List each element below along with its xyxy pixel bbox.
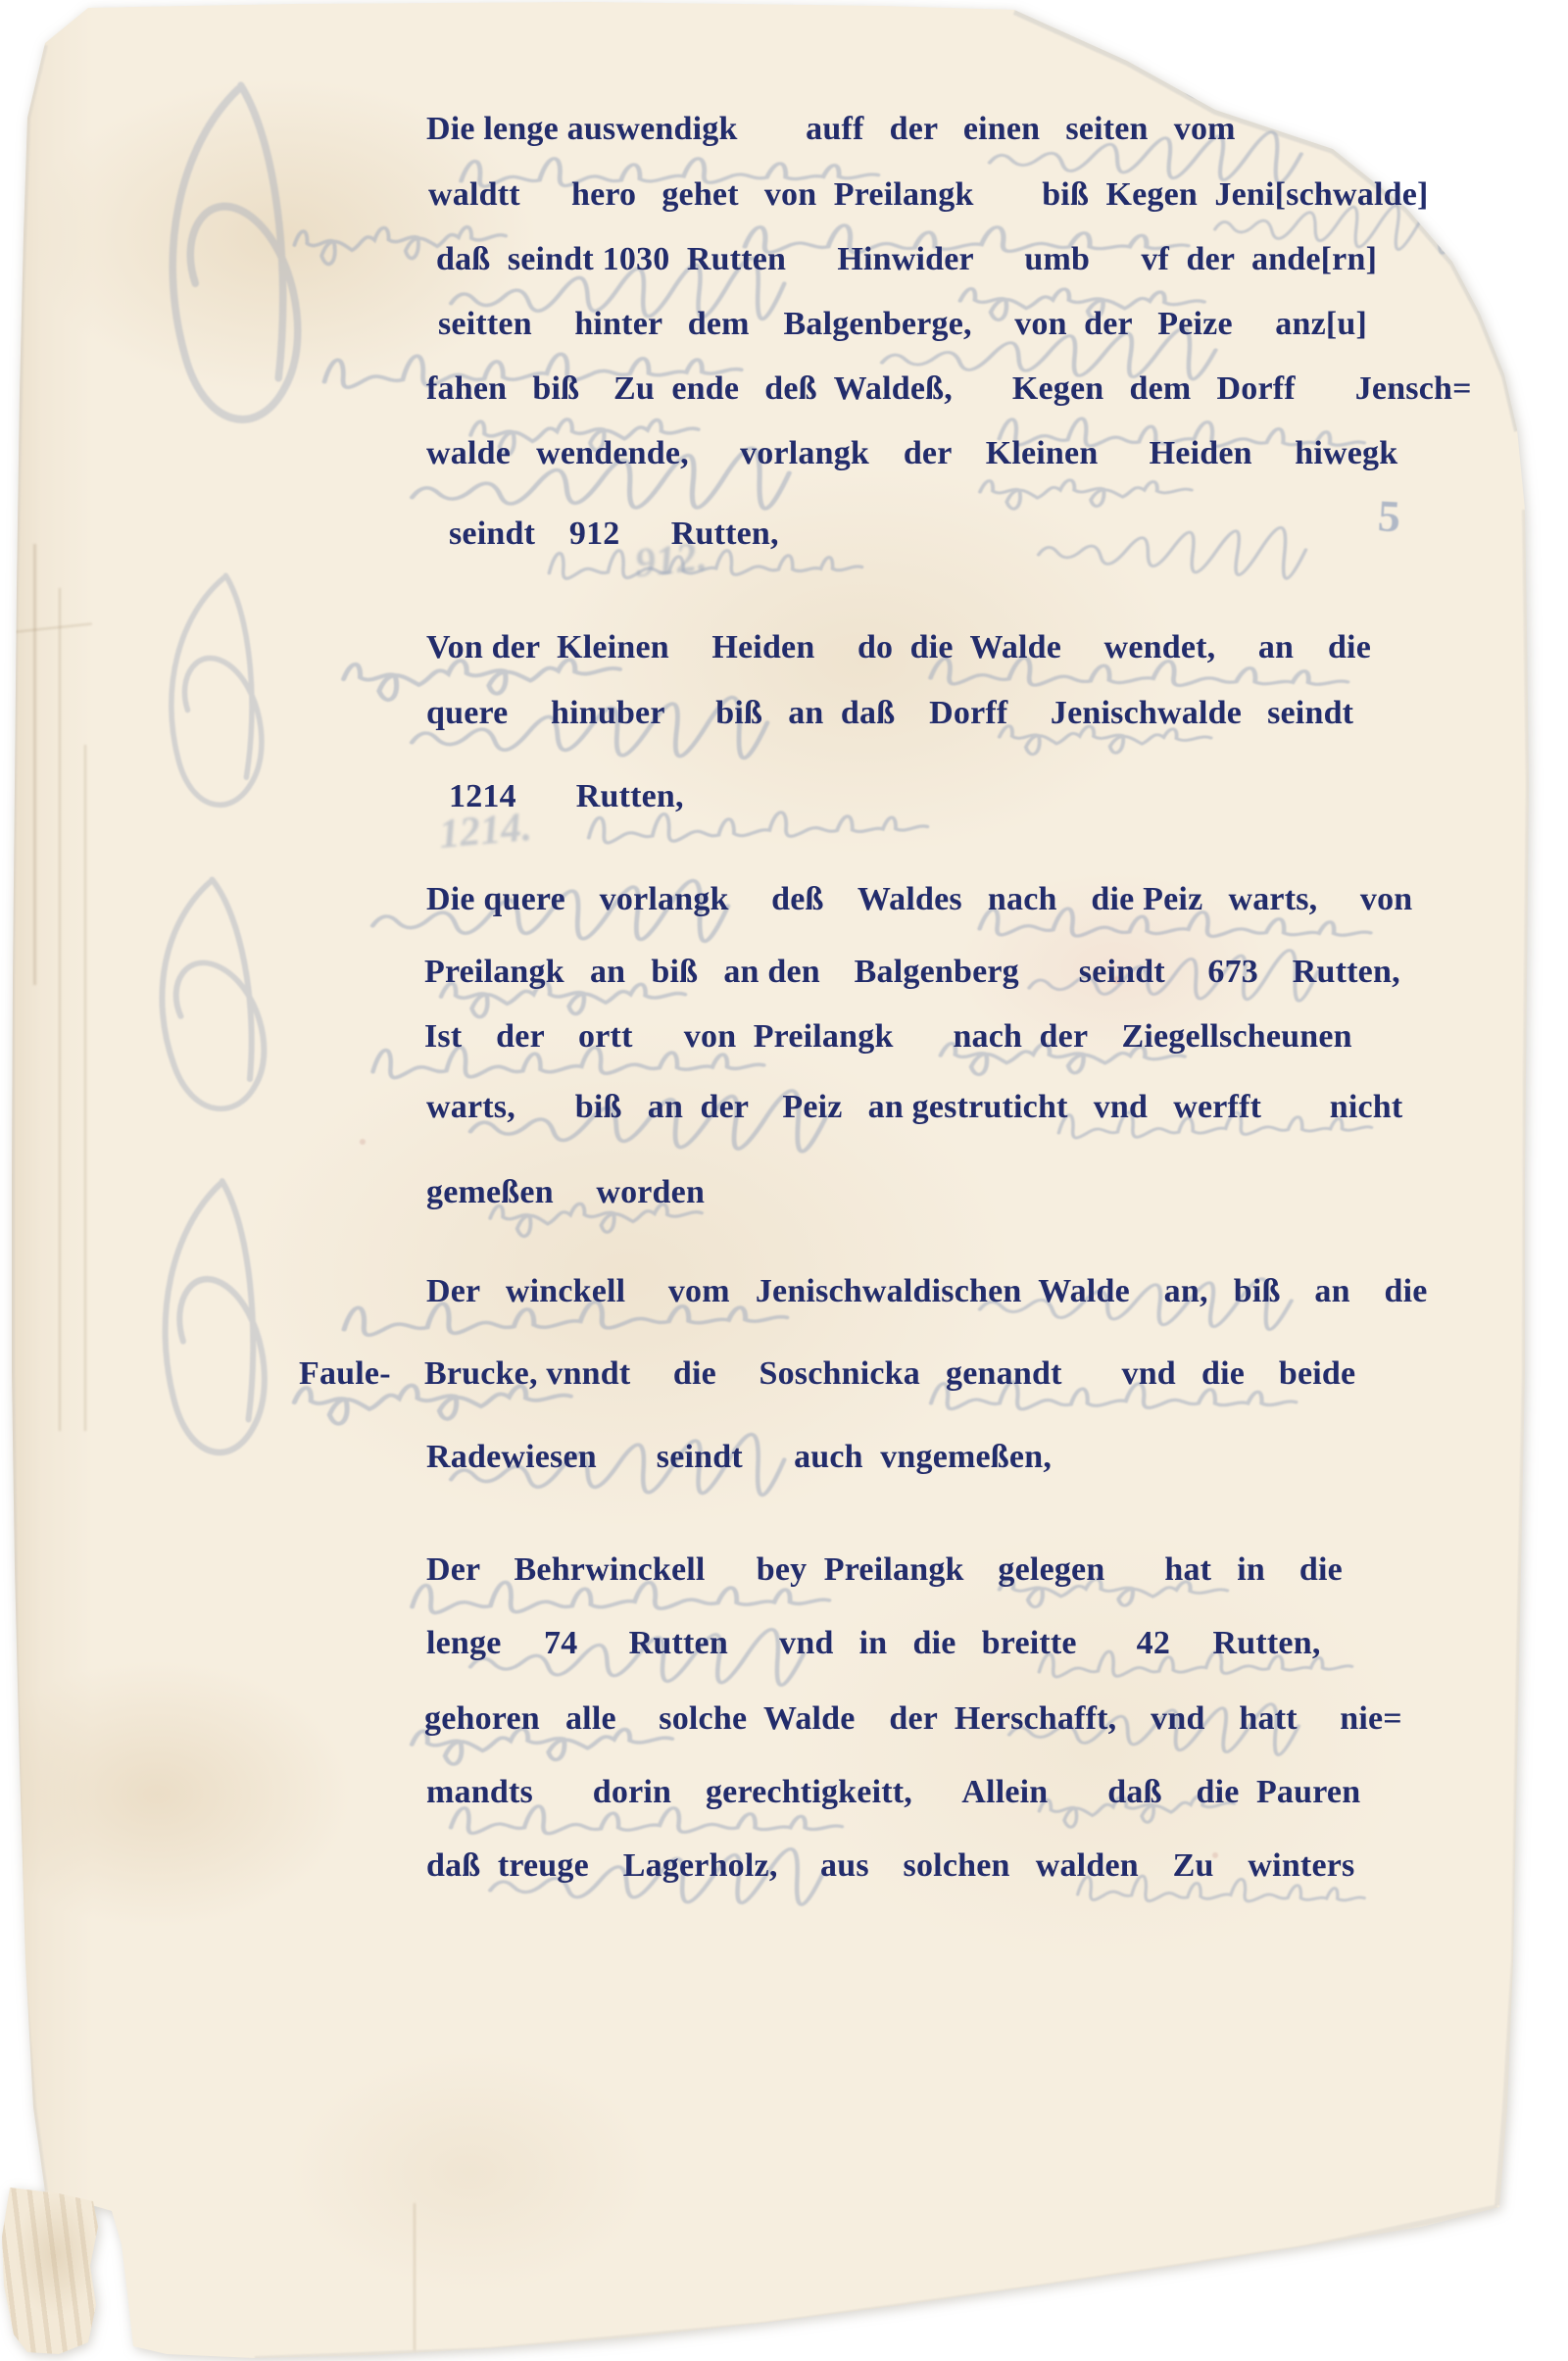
transcription-line: lenge 74 Rutten vnd in die breitte 42 Ru… bbox=[426, 1624, 1321, 1663]
transcription-line: Brucke, vnndt die Soschnicka genandt vnd… bbox=[424, 1354, 1355, 1394]
transcription-line: Von der Kleinen Heiden do die Walde wend… bbox=[426, 628, 1371, 667]
transcription-line: walde wendende, vorlangk der Kleinen Hei… bbox=[426, 434, 1397, 473]
transcription-line: seitten hinter dem Balgenberge, von der … bbox=[438, 305, 1367, 344]
transcription-line: waldtt hero gehet von Preilangk biß Kege… bbox=[428, 175, 1429, 215]
transcription-line: Der Behrwinckell bey Preilangk gelegen h… bbox=[426, 1550, 1343, 1590]
transcription-line: Die lenge auswendigk auff der einen seit… bbox=[426, 110, 1236, 149]
transcription-line: daß treuge Lagerholz, aus solchen walden… bbox=[426, 1846, 1354, 1886]
faded-page-number: 5 bbox=[1377, 489, 1402, 542]
transcription-line: mandts dorin gerechtigkeitt, Allein daß … bbox=[426, 1773, 1360, 1812]
transcription-line: quere hinuber biß an daß Dorff Jenischwa… bbox=[426, 694, 1353, 733]
manuscript-scan: Die lenge auswendigk auff der einen seit… bbox=[0, 0, 1568, 2361]
transcription-line: Preilangk an biß an den Balgenberg seind… bbox=[424, 953, 1400, 992]
transcription-line: warts, biß an der Peiz an gestruticht vn… bbox=[426, 1088, 1402, 1127]
margin-note: Faule- bbox=[299, 1354, 391, 1394]
transcription-line: daß seindt 1030 Rutten Hinwider umb vf d… bbox=[436, 240, 1377, 279]
faded-handwritten-1214: 1214. bbox=[437, 804, 533, 859]
transcription-layer: Die lenge auswendigk auff der einen seit… bbox=[0, 0, 1568, 2361]
transcription-line: gehoren alle solche Walde der Herschafft… bbox=[424, 1699, 1402, 1739]
transcription-line: fahen biß Zu ende deß Waldeß, Kegen dem … bbox=[426, 369, 1472, 409]
transcription-line: Ist der ortt von Preilangk nach der Zieg… bbox=[424, 1017, 1352, 1057]
transcription-line: Der winckell vom Jenischwaldischen Walde… bbox=[426, 1272, 1428, 1311]
faded-handwritten-912: 912. bbox=[633, 533, 710, 587]
transcription-line: Die quere vorlangk deß Waldes nach die P… bbox=[426, 880, 1412, 919]
transcription-line: seindt 912 Rutten, bbox=[449, 515, 779, 554]
transcription-line: gemeßen worden bbox=[426, 1173, 705, 1212]
transcription-line: Radewiesen seindt auch vngemeßen, bbox=[426, 1438, 1052, 1477]
